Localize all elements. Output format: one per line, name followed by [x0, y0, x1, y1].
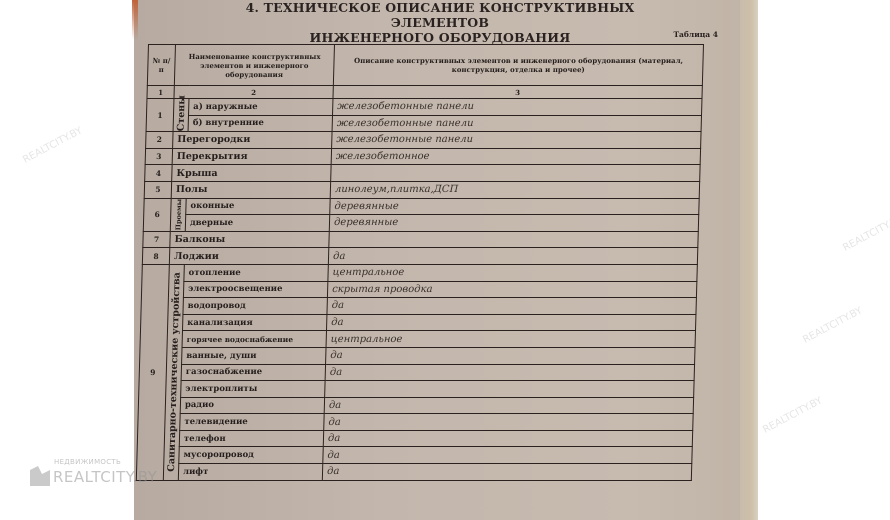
row-number: 4 [145, 165, 172, 182]
table-row: б) внутренние железобетонные панели [146, 115, 701, 132]
header-num: № п/п [147, 45, 175, 86]
watermark-brand: REALTCITY.BY [53, 468, 157, 486]
element-desc: да [324, 397, 693, 414]
element-desc: да [326, 347, 695, 364]
element-name: горячее водоснабжение [182, 331, 326, 348]
element-desc: деревянные [329, 215, 698, 232]
element-name: Балконы [170, 231, 329, 248]
column-number: 3 [333, 86, 702, 99]
row-number: 7 [143, 231, 170, 248]
element-desc: железобетонное [331, 148, 700, 165]
watermark-repeat: REALTCITY.BY [21, 125, 84, 165]
row-number: 8 [142, 248, 169, 265]
row-number: 3 [145, 148, 172, 165]
header-desc: Описание конструктивных элементов и инже… [333, 45, 703, 86]
element-desc: скрытая проводка [327, 281, 696, 298]
title-line-1: 4. ТЕХНИЧЕСКОЕ ОПИСАНИЕ КОНСТРУКТИВНЫХ Э… [200, 0, 680, 30]
header-name: Наименование конструктивных элементов и … [174, 45, 334, 86]
paper-edge [740, 0, 758, 520]
document-title: 4. ТЕХНИЧЕСКОЕ ОПИСАНИЕ КОНСТРУКТИВНЫХ Э… [200, 0, 680, 45]
element-name: Перегородки [173, 132, 332, 149]
table-row: 8 Лоджии да [142, 248, 697, 265]
table-row: электроплиты [139, 381, 694, 398]
element-desc [329, 231, 698, 248]
element-desc: да [325, 364, 694, 381]
table-row: телевидение да [138, 414, 693, 431]
row-number: 2 [146, 132, 173, 149]
technical-description-table: № п/п Наименование конструктивных элемен… [136, 44, 704, 481]
element-desc [325, 381, 694, 398]
element-desc: железобетонные панели [333, 99, 702, 116]
element-name: мусоропровод [179, 447, 323, 464]
table-row: 6 Проемы оконные деревянные [144, 198, 699, 215]
table-row: канализация да [140, 314, 695, 331]
element-name: Лоджии [169, 248, 328, 265]
element-name: лифт [178, 464, 322, 481]
element-desc: да [328, 248, 697, 265]
element-name: электроосвещение [183, 281, 327, 298]
row-number: 1 [146, 99, 174, 132]
element-name: радио [180, 397, 324, 414]
table-row: мусоропровод да [137, 447, 692, 464]
element-desc: да [327, 298, 696, 315]
column-number-row: 1 2 3 [147, 86, 702, 99]
table-row: горячее водоснабжение центральное [140, 331, 695, 348]
element-name: а) наружные [189, 99, 333, 116]
table-row: ванные, души да [140, 347, 695, 364]
column-number: 2 [174, 86, 333, 99]
element-desc [331, 165, 700, 182]
table-row: 1 Стены а) наружные железобетонные панел… [147, 99, 702, 116]
table-row: 4 Крыша [145, 165, 700, 182]
table-row: радио да [138, 397, 693, 414]
table-row: лифт да [136, 464, 691, 481]
element-name: газоснабжение [181, 364, 325, 381]
element-desc: линолеум,плитка,ДСП [330, 181, 699, 198]
title-line-2: ИНЖЕНЕРНОГО ОБОРУДОВАНИЯ [200, 30, 680, 45]
table-row: 3 Перекрытия железобетонное [145, 148, 700, 165]
table-row: 5 Полы линолеум,плитка,ДСП [144, 181, 699, 198]
table-row: 9 Санитарно-технические устройства отопл… [142, 264, 697, 281]
table-row: газоснабжение да [139, 364, 694, 381]
element-desc: железобетонные панели [332, 115, 701, 132]
group-label: Проемы [170, 198, 186, 231]
watermark-repeat: REALTCITY.BY [801, 305, 864, 345]
row-number: 6 [143, 198, 171, 231]
element-name: б) внутренние [188, 115, 332, 132]
element-name: канализация [182, 314, 326, 331]
element-name: Крыша [172, 165, 331, 182]
element-desc: железобетонные панели [332, 132, 701, 149]
element-desc: да [326, 314, 695, 331]
element-name: Полы [171, 181, 330, 198]
element-name: Перекрытия [172, 148, 331, 165]
element-name: оконные [186, 198, 330, 215]
element-desc: центральное [326, 331, 695, 348]
element-name: ванные, души [182, 347, 326, 364]
table-row: дверные деревянные [143, 215, 698, 232]
watermark: НЕДВИЖИМОСТЬ REALTCITY.BY [30, 458, 157, 486]
header-row: № п/п Наименование конструктивных элемен… [147, 45, 703, 86]
column-number: 1 [147, 86, 174, 99]
table-row: водопровод да [141, 298, 696, 315]
row-number: 5 [144, 181, 171, 198]
element-name: водопровод [183, 298, 327, 315]
table-row: телефон да [137, 430, 692, 447]
table-row: электроосвещение скрытая проводка [141, 281, 696, 298]
element-desc: да [323, 447, 692, 464]
element-name: дверные [185, 215, 329, 232]
table-row: 2 Перегородки железобетонные панели [146, 132, 701, 149]
element-desc: да [323, 430, 692, 447]
table-row: 7 Балконы [143, 231, 698, 248]
paper-edge [132, 0, 138, 40]
element-desc: да [324, 414, 693, 431]
house-logo-icon [30, 466, 50, 486]
watermark-repeat: REALTCITY.BY [841, 213, 890, 253]
element-desc: центральное [328, 264, 697, 281]
element-name: отопление [184, 264, 328, 281]
table-label: Таблица 4 [660, 30, 718, 39]
element-name: телевидение [180, 414, 324, 431]
watermark-small-text: НЕДВИЖИМОСТЬ [54, 458, 157, 466]
group-label: Стены [173, 99, 189, 132]
element-name: электроплиты [181, 381, 325, 398]
watermark-repeat: REALTCITY.BY [761, 395, 824, 435]
element-desc: деревянные [330, 198, 699, 215]
element-desc: да [322, 464, 691, 481]
element-name: телефон [179, 430, 323, 447]
